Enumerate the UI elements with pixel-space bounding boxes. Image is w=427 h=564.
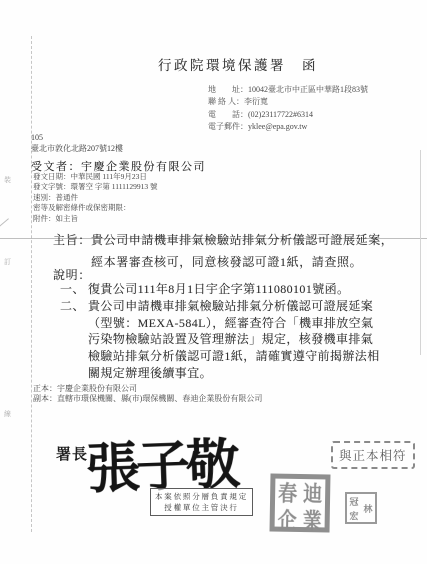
subject-text: 貴公司申請機車排氣檢驗站排氣分析儀認可證展延案，經本署審查核可，同意核發認可證1… [91,229,398,273]
attachment-label: 附件： [33,214,56,223]
issue-date-label: 發文日期： [33,172,71,181]
original-copy-label: 正本： [33,384,57,393]
scan-edge-line [420,150,421,355]
contact-person-row: 聯 絡 人：李衍寬 [208,96,368,108]
doc-number-label: 發文字號： [33,182,71,191]
priority-label: 速別： [33,193,56,202]
classification-label: 密等及解密條件或保密期限： [33,203,131,212]
explanation-item-1-number: 一、 [60,281,88,298]
document-title: 行政院環境保護署 函 [158,54,318,74]
email-value: yklee@epa.gov.tw [248,122,307,131]
address-row: 地 址：10042臺北市中正區中華路1段83號 [208,84,368,96]
contact-person-label: 聯 絡 人： [208,97,244,106]
recipient-address: 臺北市敦化北路207號12樓 [31,144,206,154]
cc-copy-value: 直轄市環保機關、縣(市)環保機關、春迪企業股份有限公司 [57,394,262,403]
letterhead-contact-info: 地 址：10042臺北市中正區中華路1段83號 聯 絡 人：李衍寬 電 話：(0… [208,84,368,134]
attachment-row: 附件：如主旨 [33,214,158,224]
delegation-note-line2: 授權單位主管決行 [155,502,248,513]
recipient-postal-code: 105 [31,133,206,143]
document-meta: 發文日期：中華民國 111年9月23日 發文字號：環署空 字第 11111299… [33,172,158,224]
scanned-letter-page: 裝 訂 線 行政院環境保護署 函 地 址：10042臺北市中正區中華路1段83號… [0,0,427,564]
recipient-block: 105 臺北市敦化北路207號12樓 受文者：宇慶企業股份有限公司 [31,133,206,174]
phone-row: 電 話：(02)23117722#6314 [208,109,368,121]
cc-copy-row: 副本：直轄市環保機關、縣(市)環保機關、春迪企業股份有限公司 [33,394,262,404]
company-seal-char: 業 [302,504,322,535]
explanation-items: 一、 復貴公司111年8月1日宇企字第111080101號函。 二、 貴公司申請… [60,281,390,382]
phone-label: 電 話： [208,110,248,119]
delegation-note-line1: 本案依照分層負責規定 [155,491,248,502]
contact-person-value: 李衍寬 [244,97,268,106]
email-row: 電子郵件：yklee@epa.gov.tw [208,121,368,133]
personal-seal-char: 冠 [349,495,358,508]
address-value: 10042臺北市中正區中華路1段83號 [248,85,368,94]
priority-row: 速別：普通件 [33,193,158,203]
phone-value: (02)23117722#6314 [248,110,313,119]
explanation-item-1-text: 復貴公司111年8月1日宇企字第111080101號函。 [88,281,380,298]
explanation-item-2-text: 貴公司申請機車排氣檢驗站排氣分析儀認可證展延案（型號：MEXA-584L），經審… [88,298,380,382]
cc-copy-label: 副本： [33,394,57,403]
scan-artifact-slash [0,218,9,226]
explanation-item-2-number: 二、 [60,298,88,382]
doc-number-value: 環署空 字第 1111129913 號 [71,182,158,191]
company-seal: 春 迪 企 業 [269,473,330,532]
attachment-value: 如主旨 [56,214,79,223]
original-copy-row: 正本：宇慶企業股份有限公司 [33,384,262,394]
personal-name-seal: 冠 林 宏 [345,492,377,524]
classification-row: 密等及解密條件或保密期限： [33,203,158,213]
binding-line [31,36,32,532]
issue-date-row: 發文日期：中華民國 111年9月23日 [33,172,158,182]
personal-seal-char: 林 [363,502,372,515]
original-copy-value: 宇慶企業股份有限公司 [57,384,137,393]
personal-seal-char: 宏 [349,509,358,522]
binding-mark-zhuang: 裝 [4,176,14,184]
certified-true-copy-stamp: 與正本相符 [331,441,415,469]
address-label: 地 址： [208,85,248,94]
distribution-block: 正本：宇慶企業股份有限公司 副本：直轄市環保機關、縣(市)環保機關、春迪企業股份… [33,384,262,404]
signer-title: 署長 [56,443,88,464]
issue-date-value: 中華民國 111年9月23日 [71,172,147,181]
email-label: 電子郵件： [208,122,248,131]
explanation-item-1: 一、 復貴公司111年8月1日宇企字第111080101號函。 [60,281,390,298]
doc-number-row: 發文字號：環署空 字第 1111129913 號 [33,182,158,192]
subject-paragraph: 主旨： 貴公司申請機車排氣檢驗站排氣分析儀認可證展延案，經本署審查核可，同意核發… [53,229,398,273]
company-seal-char: 企 [277,504,297,535]
explanation-item-2: 二、 貴公司申請機車排氣檢驗站排氣分析儀認可證展延案（型號：MEXA-584L）… [60,298,390,382]
delegation-note-box: 本案依照分層負責規定 授權單位主管決行 [150,488,253,516]
binding-mark-ding: 訂 [4,258,14,266]
priority-value: 普通件 [56,193,79,202]
binding-mark-xian: 線 [4,410,14,418]
